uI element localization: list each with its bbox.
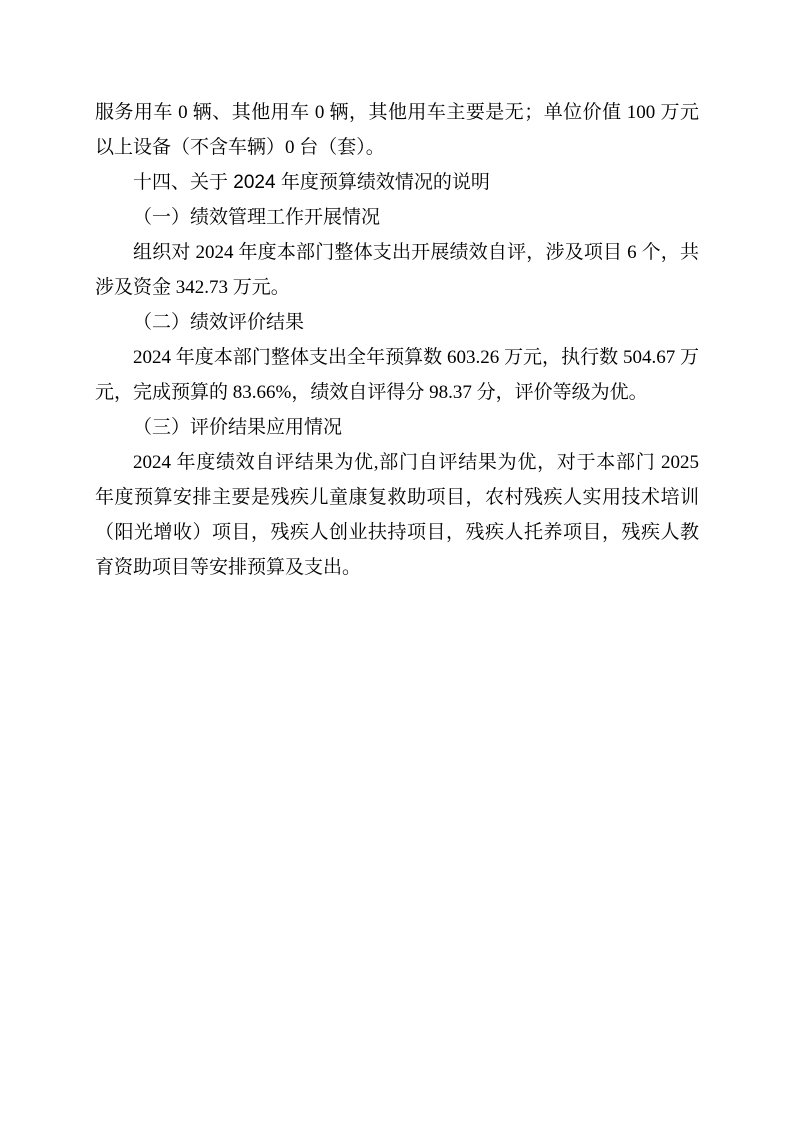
paragraph-result-application: 2024 年度绩效自评结果为优,部门自评结果为优，对于本部门 2025 年度预算… — [95, 445, 699, 585]
section-heading-14-budget-performance: 十四、关于 2024 年度预算绩效情况的说明 — [95, 165, 699, 200]
document-content: 服务用车 0 辆、其他用车 0 辆，其他用车主要是无；单位价值 100 万元以上… — [95, 95, 699, 585]
paragraph-vehicle-equipment-continuation: 服务用车 0 辆、其他用车 0 辆，其他用车主要是无；单位价值 100 万元以上… — [95, 95, 699, 165]
paragraph-performance-self-evaluation: 组织对 2024 年度本部门整体支出开展绩效自评，涉及项目 6 个，共涉及资金 … — [95, 235, 699, 305]
paragraph-evaluation-results: 2024 年度本部门整体支出全年预算数 603.26 万元，执行数 504.67… — [95, 340, 699, 410]
subsection-heading-3-result-application: （三）评价结果应用情况 — [95, 410, 699, 445]
subsection-heading-1-performance-management: （一）绩效管理工作开展情况 — [95, 200, 699, 235]
subsection-heading-2-evaluation-results: （二）绩效评价结果 — [95, 305, 699, 340]
document-page: 服务用车 0 辆、其他用车 0 辆，其他用车主要是无；单位价值 100 万元以上… — [0, 0, 793, 1122]
